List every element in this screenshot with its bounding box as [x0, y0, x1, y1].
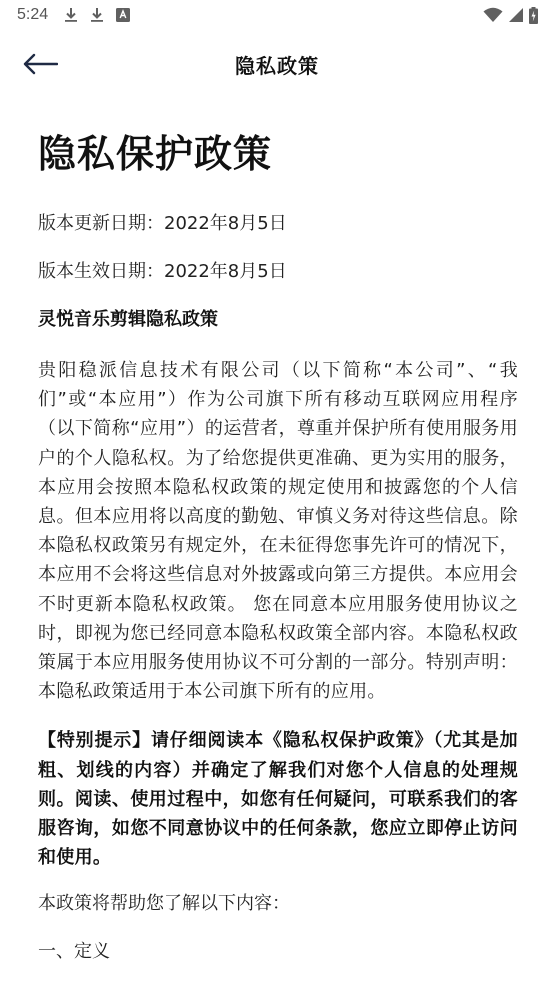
battery-charging-icon	[529, 7, 538, 24]
contents-intro: 本政策将帮助您了解以下内容：	[38, 892, 518, 916]
policy-content: 隐私保护政策 版本更新日期：2022年8月5日 版本生效日期：2022年8月5日…	[38, 128, 518, 964]
status-right	[483, 7, 538, 24]
download-icon	[90, 7, 104, 23]
special-notice: 【特别提示】请仔细阅读本《隐私权保护政策》（尤其是加粗、划线的内容）并确定了解我…	[38, 726, 518, 872]
wifi-icon	[483, 7, 503, 23]
intro-paragraph: 贵阳稳派信息技术有限公司（以下简称“本公司”、“我们”或“本应用”）作为公司旗下…	[38, 356, 518, 706]
status-bar: 5:24	[0, 0, 554, 30]
effective-date: 版本生效日期：2022年8月5日	[38, 260, 518, 284]
document-title: 隐私保护政策	[38, 128, 518, 180]
update-date: 版本更新日期：2022年8月5日	[38, 212, 518, 236]
cellular-signal-icon	[509, 8, 523, 22]
app-bar: 隐私政策	[0, 38, 554, 90]
section-heading-definitions: 一、定义	[38, 940, 518, 964]
app-policy-name: 灵悦音乐剪辑隐私政策	[38, 308, 518, 332]
status-time: 5:24	[17, 6, 48, 24]
download-icon	[64, 7, 78, 23]
status-left: 5:24	[17, 6, 130, 24]
keyboard-a-icon	[116, 8, 130, 22]
page-title: 隐私政策	[0, 50, 554, 79]
